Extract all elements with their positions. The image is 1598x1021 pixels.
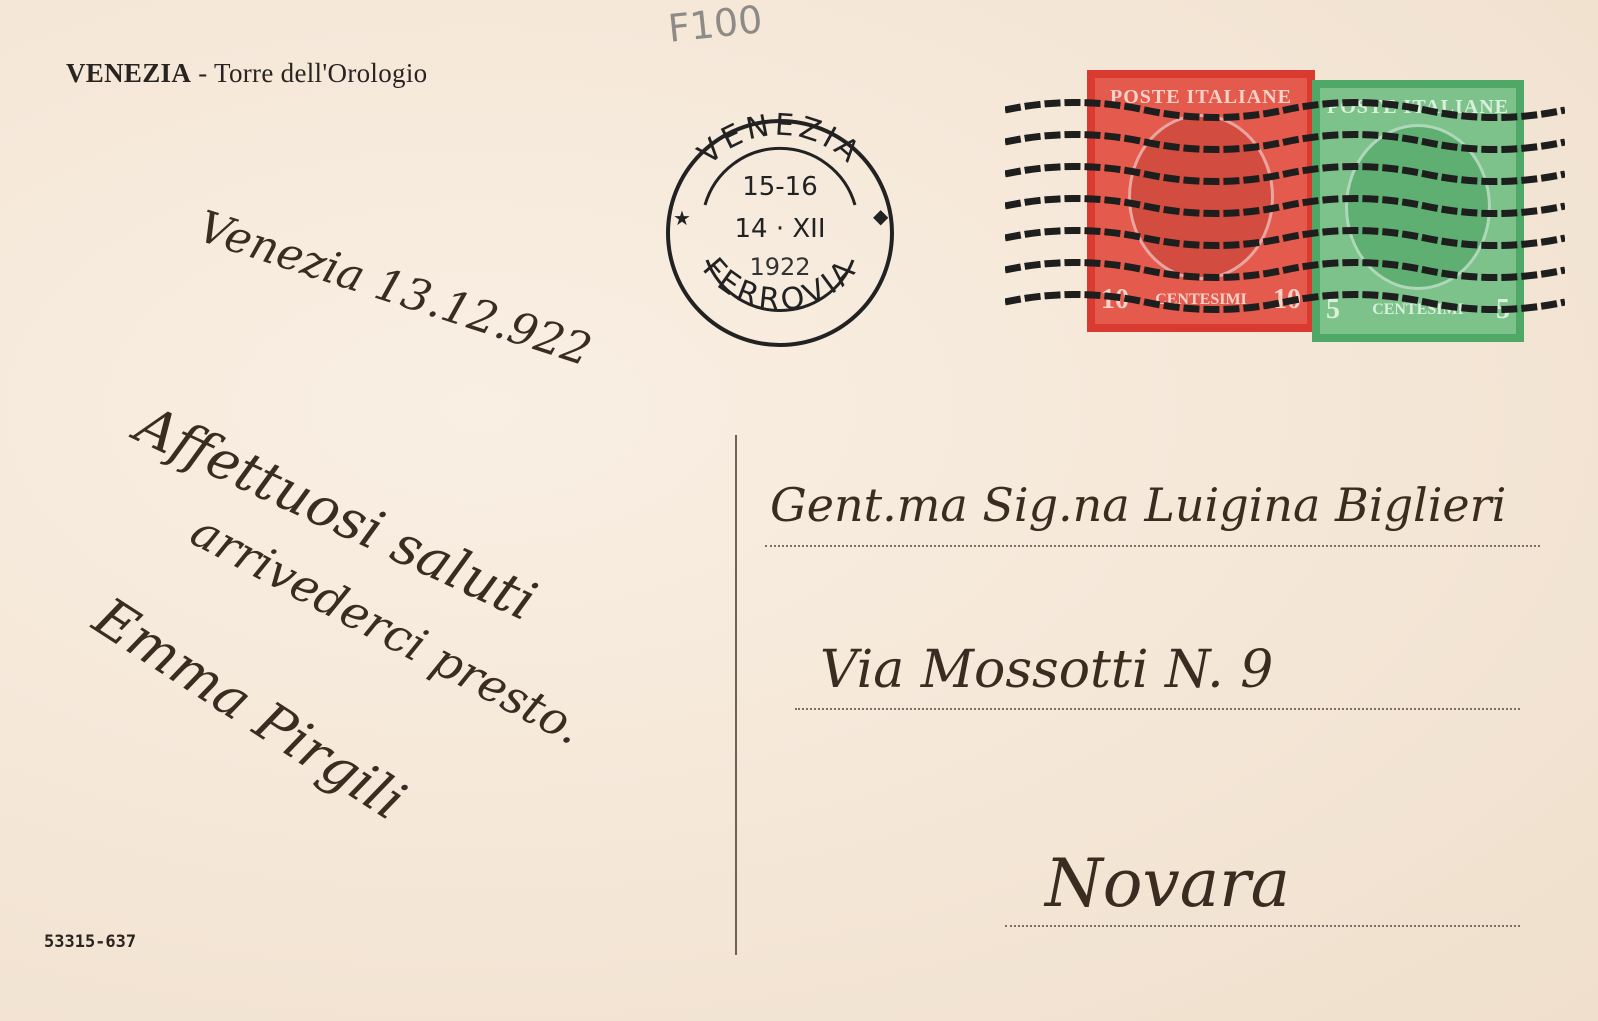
svg-text:★: ★ xyxy=(673,208,691,230)
address-city: Novara xyxy=(1045,845,1290,922)
postcard-back: VENEZIA - Torre dell'Orologio F100 VENEZ… xyxy=(0,0,1598,1021)
svg-text:◆: ◆ xyxy=(873,206,889,228)
catalog-code: 53315-637 xyxy=(44,932,136,952)
svg-text:VENEZIA: VENEZIA xyxy=(691,108,868,172)
svg-text:1922: 1922 xyxy=(749,253,810,281)
address-recipient: Gent.ma Sig.na Luigina Biglieri xyxy=(770,478,1506,532)
address-line-guide xyxy=(765,545,1540,547)
address-divider xyxy=(735,435,737,955)
caption-separator: - xyxy=(191,58,214,88)
svg-text:14 · XII: 14 · XII xyxy=(734,214,825,244)
message-place-date: Venezia 13.12.922 xyxy=(192,201,597,376)
address-line-guide xyxy=(1005,925,1520,927)
pencil-price-note: F100 xyxy=(666,0,764,51)
postcard-caption: VENEZIA - Torre dell'Orologio xyxy=(66,58,427,89)
caption-city: VENEZIA xyxy=(66,58,191,88)
svg-text:15-16: 15-16 xyxy=(742,172,818,202)
wavy-cancellation-lines xyxy=(1005,90,1565,330)
address-street: Via Mossotti N. 9 xyxy=(820,640,1273,700)
caption-subject: Torre dell'Orologio xyxy=(214,58,427,88)
postmark: VENEZIA FERROVIA 15-16 14 · XII 1922 ★ ◆ xyxy=(655,95,905,355)
address-line-guide xyxy=(795,708,1520,710)
